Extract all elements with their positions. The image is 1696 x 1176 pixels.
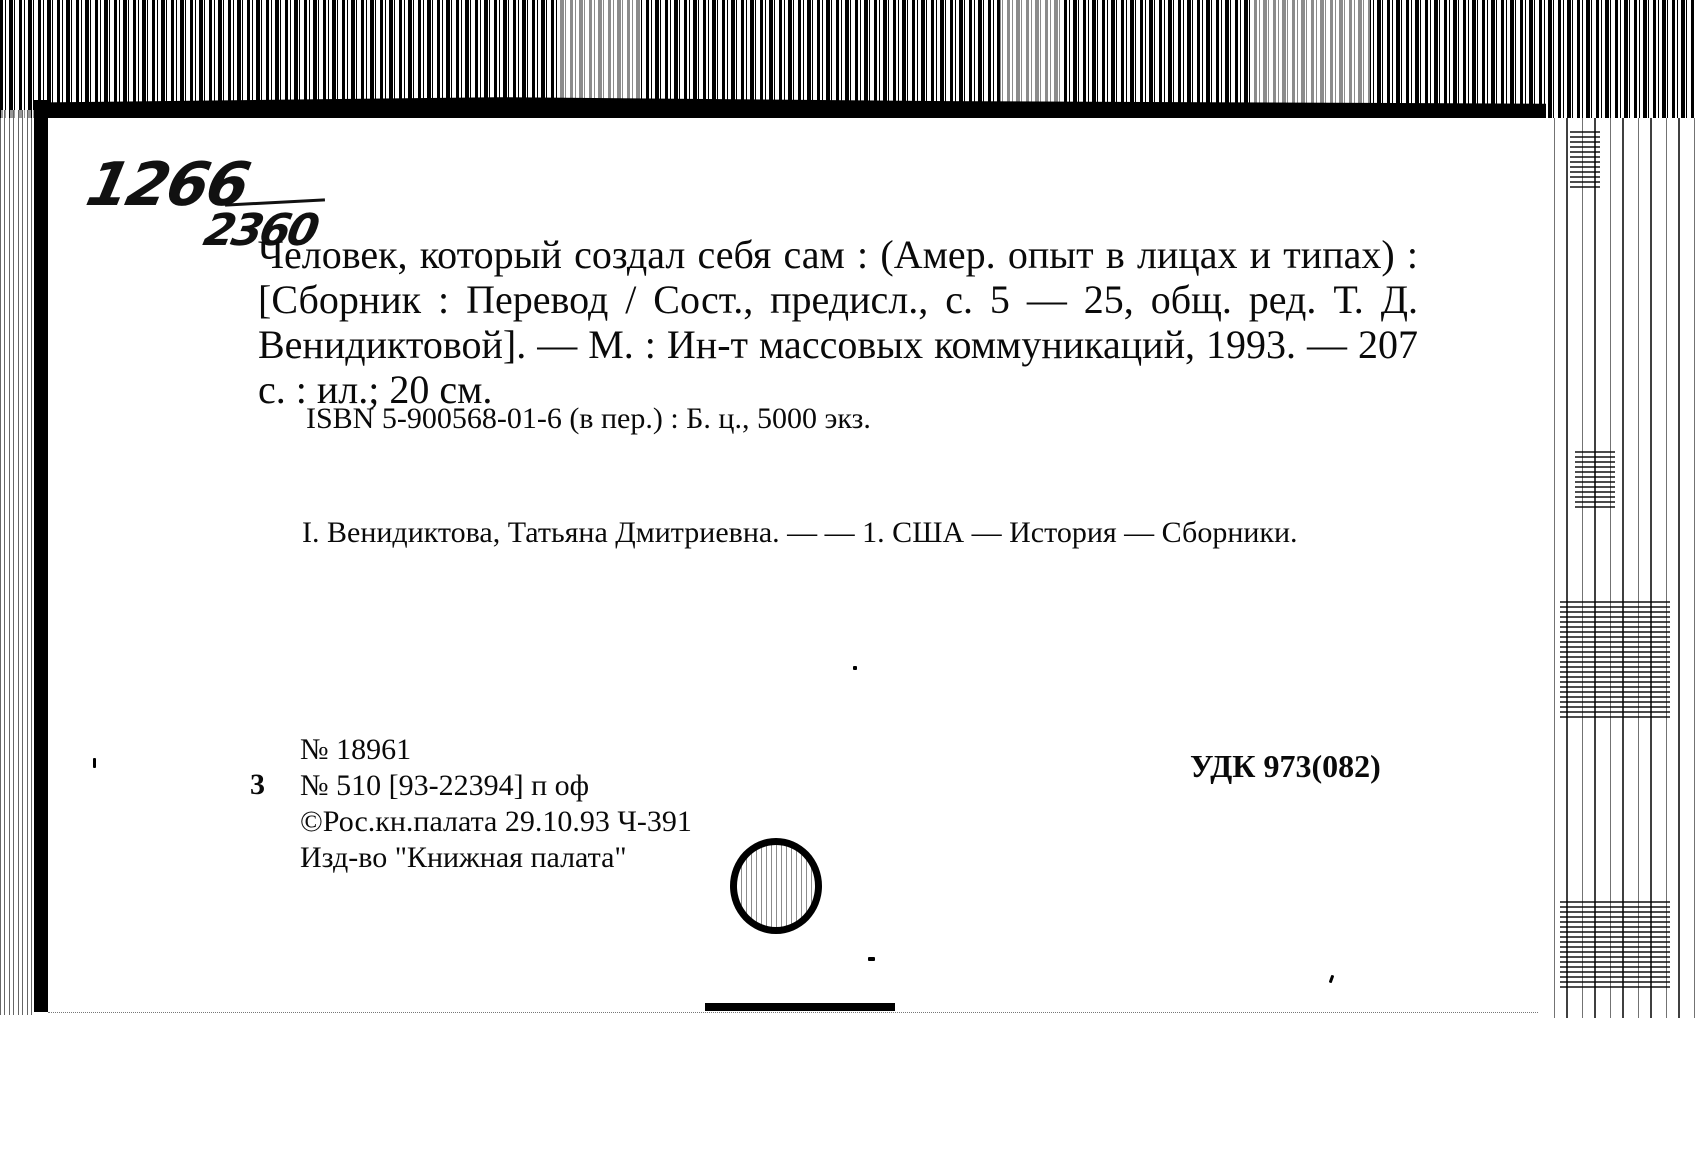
scan-speck [853, 666, 857, 670]
footer-line: № 18961 [300, 732, 692, 768]
scan-bottom-bar [705, 1003, 895, 1011]
isbn-line: ISBN 5-900568-01-6 (в пер.) : Б. ц., 500… [306, 402, 871, 436]
scan-bottom-line [48, 1012, 1538, 1014]
entry-text: еловек, который создал себя сам : (Амер.… [258, 232, 1418, 412]
scan-speck [1329, 975, 1335, 984]
footer-line: № 510 [93-22394] п оф [300, 768, 692, 804]
footer-line: ©Рос.кн.палата 29.10.93 Ч-391 [300, 804, 692, 840]
footer-block: № 18961 № 510 [93-22394] п оф ©Рос.кн.па… [300, 732, 692, 876]
punch-hole-stamp [730, 838, 822, 934]
scan-top-band [0, 0, 1696, 118]
footer-copy-number: 3 [250, 768, 265, 802]
subject-heading: I. Венидиктова, Татьяна Дмитриевна. — — … [258, 515, 1418, 551]
scan-right-edge [1540, 118, 1696, 1018]
scan-speck [868, 957, 875, 961]
scan-left-edge-noise [0, 110, 34, 1015]
scan-speck [93, 758, 96, 768]
footer-line: Изд-во "Книжная палата" [300, 840, 692, 876]
bibliographic-entry: Человек, который создал себя сам : (Амер… [258, 232, 1418, 412]
scan-left-edge [34, 100, 48, 1012]
udk-code: УДК 973(082) [1190, 748, 1381, 785]
entry-first-letter: Ч [258, 232, 284, 277]
